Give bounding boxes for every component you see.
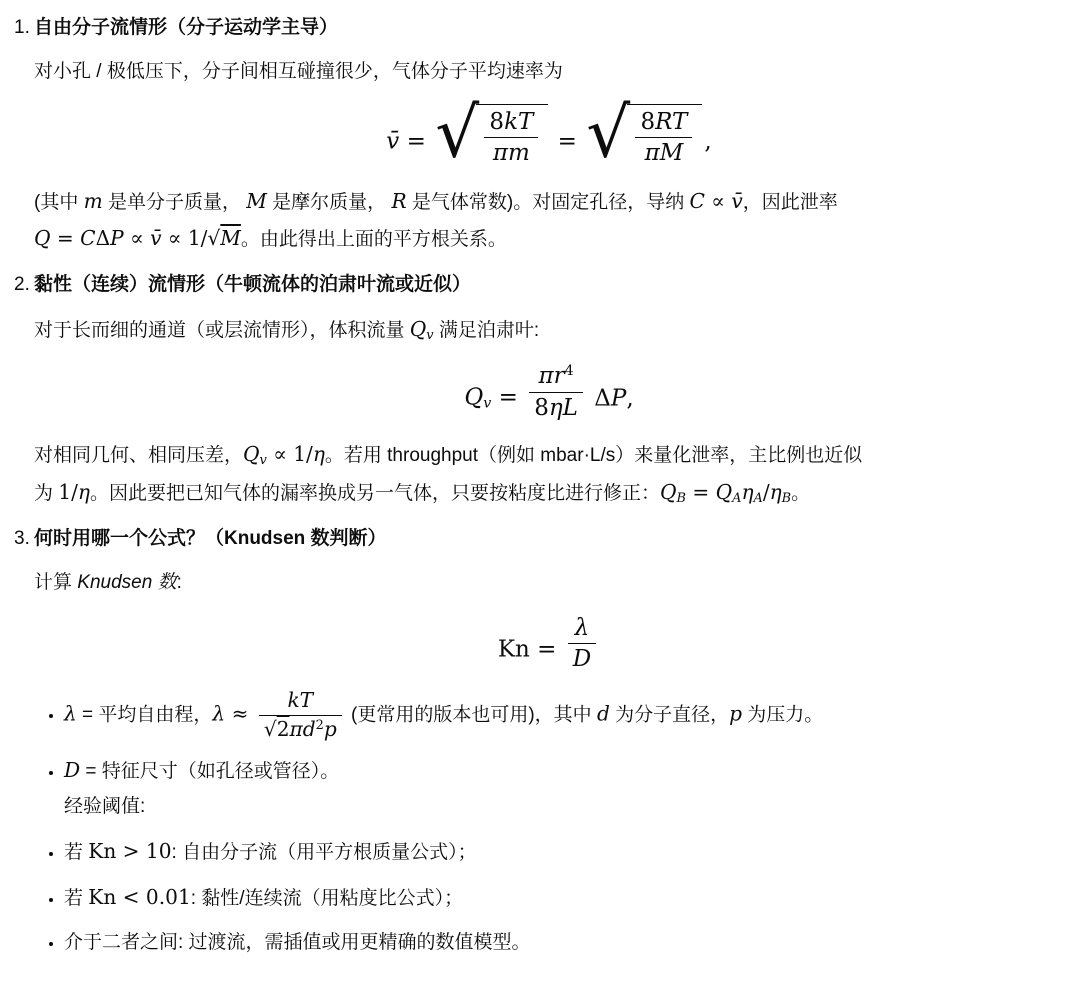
fraction-numerator: 8kT: [484, 108, 538, 137]
fraction: 8kT πm: [484, 108, 538, 168]
list-item-viscous-flow: 2. 黏性（连续）流情形（牛顿流体的泊肃叶流或近似） 对于长而细的通道（或层流情…: [14, 271, 1064, 511]
fraction: 8RT πM: [635, 108, 692, 168]
paragraph: 对于长而细的通道（或层流情形），体积流量 Qv 满足泊肃叶:: [34, 311, 1064, 348]
item-number: 2.: [14, 271, 30, 299]
formula-lhs: Kn =: [498, 637, 564, 665]
ordered-list: 1. 自由分子流情形（分子运动学主导） 对小孔 / 极低压下，分子间相互碰撞很少…: [14, 14, 1064, 961]
section-heading: 自由分子流情形（分子运动学主导）: [34, 14, 1064, 42]
fraction-numerator: 8RT: [635, 108, 692, 137]
paragraph: 对小孔 / 极低压下，分子间相互碰撞很少，气体分子平均速率为: [34, 54, 1064, 89]
bullet-item-transition: 介于二者之间: 过渡流，需插值或用更精确的数值模型。: [64, 925, 1064, 960]
document: 1. 自由分子流情形（分子运动学主导） 对小孔 / 极低压下，分子间相互碰撞很少…: [0, 0, 1080, 985]
formula-equals: =: [550, 129, 584, 157]
section-heading: 黏性（连续）流情形（牛顿流体的泊肃叶流或近似）: [34, 271, 1064, 299]
inline-fraction: kT√2πd2p: [259, 688, 342, 743]
formula-tail: ΔP,: [587, 385, 634, 413]
fraction: λ D: [568, 614, 596, 674]
fraction: πr4 8ηL: [529, 362, 583, 422]
display-formula-knudsen: Kn = λ D: [34, 614, 1064, 674]
radicand: 8RT πM: [627, 104, 702, 168]
fraction-denominator: 8ηL: [529, 393, 583, 422]
fraction-denominator: πm: [488, 138, 535, 167]
formula-lhs: Qv =: [464, 385, 525, 413]
formula-lhs: v̄ =: [386, 129, 433, 157]
bullet-list: λ = 平均自由程，λ ≈ kT√2πd2p (更常用的版本也可用)，其中 d …: [34, 688, 1064, 961]
section-heading: 何时用哪一个公式？（Knudsen 数判断）: [34, 525, 1064, 553]
bullet-item-kn-gt-10: 若 Kn > 10: 自由分子流（用平方根质量公式）；: [64, 833, 1064, 870]
display-formula-poiseuille: Qv = πr4 8ηL ΔP,: [34, 362, 1064, 422]
item-number: 1.: [14, 14, 30, 42]
paragraph: 对相同几何、相同压差，Qv ∝ 1/η。若用 throughput（例如 mba…: [34, 436, 1064, 511]
bullet-item-diameter: D = 特征尺寸（如孔径或管径）。经验阈值:: [64, 752, 1064, 824]
fraction-denominator: πM: [640, 138, 689, 167]
formula-tail: ,: [704, 129, 711, 157]
list-item-knudsen: 3. 何时用哪一个公式？（Knudsen 数判断） 计算 Knudsen 数: …: [14, 525, 1064, 961]
formula-row: v̄ = √ 8kT πm = √: [386, 103, 711, 169]
paragraph: 计算 Knudsen 数:: [34, 565, 1064, 600]
fraction-numerator: πr4: [533, 362, 578, 391]
paragraph: (其中 m 是单分子质量， M 是摩尔质量， R 是气体常数)。对固定孔径，导纳…: [34, 183, 1064, 258]
radicand: 8kT πm: [476, 104, 548, 168]
formula-row: Kn = λ D: [498, 614, 600, 674]
formula-row: Qv = πr4 8ηL ΔP,: [464, 362, 633, 422]
radical-sign: √: [586, 102, 630, 168]
bullet-item-kn-lt-001: 若 Kn < 0.01: 黏性/连续流（用粘度比公式）；: [64, 879, 1064, 916]
list-item-free-molecular: 1. 自由分子流情形（分子运动学主导） 对小孔 / 极低压下，分子间相互碰撞很少…: [14, 14, 1064, 257]
item-number: 3.: [14, 525, 30, 553]
square-root: √ 8kT πm: [435, 103, 548, 169]
fraction-denominator: D: [568, 644, 596, 673]
radical-sign: √: [435, 102, 479, 168]
display-formula-mean-speed: v̄ = √ 8kT πm = √: [34, 103, 1064, 169]
bullet-item-lambda: λ = 平均自由程，λ ≈ kT√2πd2p (更常用的版本也可用)，其中 d …: [64, 688, 1064, 743]
fraction-numerator: λ: [570, 614, 595, 643]
square-root: √ 8RT πM: [586, 103, 702, 169]
